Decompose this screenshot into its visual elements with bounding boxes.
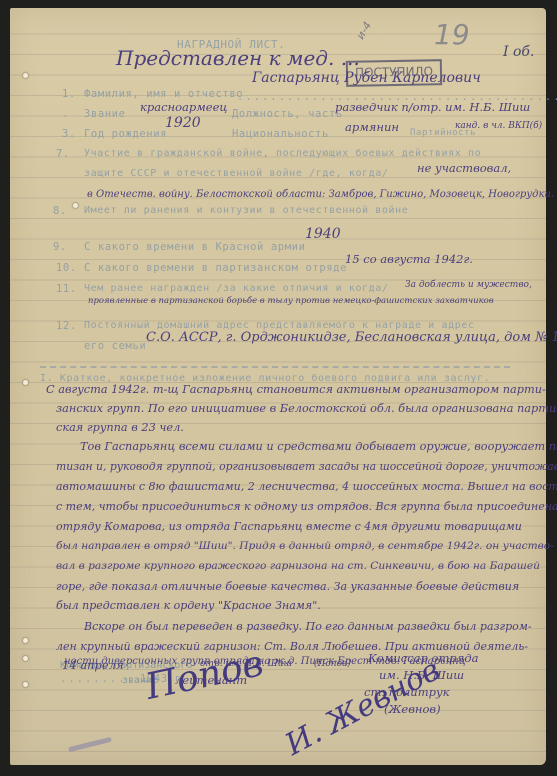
narrative-line: Тов Гаспарьянц всеми силами и средствами…	[80, 440, 557, 453]
narrative-line: отряду Комарова, из отряда Гаспарьянц вм…	[56, 520, 522, 533]
field-9-value: 1940	[305, 226, 341, 242]
narrative-line: ская группа в 23 чел.	[56, 421, 184, 434]
narrative-line: был представлен к ордену "Красное Знамя"…	[56, 599, 321, 612]
presentation-line: Представлен к мед. ...	[116, 46, 360, 70]
field-9-number: 9.	[53, 241, 67, 253]
field-3-label: Год рождения	[84, 128, 167, 140]
field-12-number: 12.	[56, 320, 77, 332]
punch-hole	[23, 682, 28, 687]
punch-hole	[23, 73, 28, 78]
field-12-value: С.О. АССР, г. Орджоникидзе, Беслановская…	[146, 330, 557, 345]
narrative-line: был направлен в отряд "Шиш". Придя в дан…	[56, 540, 554, 552]
narrative-line: горе, где показал отличные боевые качест…	[56, 580, 519, 593]
punch-hole	[23, 638, 28, 643]
field-7-label-cont: защите СССР и отечественной войне /где, …	[84, 168, 389, 179]
field-1-number: 1.	[62, 88, 76, 100]
narrative-line: вал в разгроме крупного вражеского гарни…	[56, 560, 540, 572]
field-1-value: Гаспарьянц Рубен Карпелович	[252, 70, 481, 86]
corner-mark: I об.	[503, 44, 534, 60]
date-handwritten: 14 апреля	[62, 658, 124, 672]
narrative-line: занских групп. По его инициативе в Белос…	[56, 402, 557, 415]
narrative-line: с тем, чтобы присоединиться к одному из …	[56, 500, 557, 513]
field-11-value: За доблесть и мужество,	[405, 280, 532, 290]
field-11-label: Чем ранее награжден /за какие отличия и …	[84, 283, 389, 294]
field-10-value: 15 со августа 1942г.	[345, 252, 473, 266]
field-3-label2: Национальность	[232, 128, 329, 140]
field-7-value: не участвовал,	[417, 161, 511, 175]
field-2-value: красноармеец	[140, 100, 227, 114]
field-9-label: С какого времени в Красной армии	[84, 241, 306, 253]
field-2-value2: разведчик п/отр. им. Н.Б. Шиш	[335, 100, 530, 114]
field-11-number: 11.	[56, 283, 77, 295]
narrative-line: автомашины с 8ю фашистами, 2 лесничества…	[56, 480, 557, 493]
field-12-label-cont: его семьи	[84, 340, 146, 352]
field-3-value2: армянин	[345, 120, 399, 134]
field-2-number: .	[62, 108, 69, 120]
field-2-label: Звание	[84, 108, 126, 120]
punch-hole	[23, 380, 28, 385]
field-11-value-cont: проявленные в партизанской борьбе в тылу…	[88, 296, 494, 306]
narrative-line: Вскоре он был переведен в разведку. По е…	[84, 620, 532, 633]
field-2-label2: Должность, часть	[232, 108, 343, 120]
field-7-number: 7.	[56, 148, 70, 160]
field-10-number: 10.	[56, 262, 77, 274]
punch-hole	[73, 203, 78, 208]
narrative-line: С августа 1942г. т-щ Гаспарьянц становит…	[46, 383, 546, 396]
field-10-label: С какого времени в партизанском отряде	[84, 262, 347, 274]
field-8-pre-value: в Отечеств. войну. Белостокской области:…	[87, 189, 554, 200]
field-3-number: 3.	[62, 128, 76, 140]
field-1-label: Фамилия, имя и отчество	[84, 88, 243, 100]
section-divider	[40, 366, 510, 368]
date-leader: ...........	[60, 673, 152, 685]
narrative-line: тизан и, руководя группой, организовывае…	[56, 460, 557, 473]
commander-name: (Попов)	[314, 659, 351, 669]
field-8-label: Имеет ли ранения и контузии в отечествен…	[84, 205, 408, 216]
field-7-label: Участие в гражданской войне, последующих…	[84, 148, 481, 159]
field-8-number: 8.	[53, 205, 67, 217]
punch-hole	[23, 656, 28, 661]
field-3-value3: канд. в чл. ВКП(б)	[455, 121, 542, 131]
page-number: 19	[434, 18, 470, 51]
field-3-value: 1920	[165, 115, 201, 131]
